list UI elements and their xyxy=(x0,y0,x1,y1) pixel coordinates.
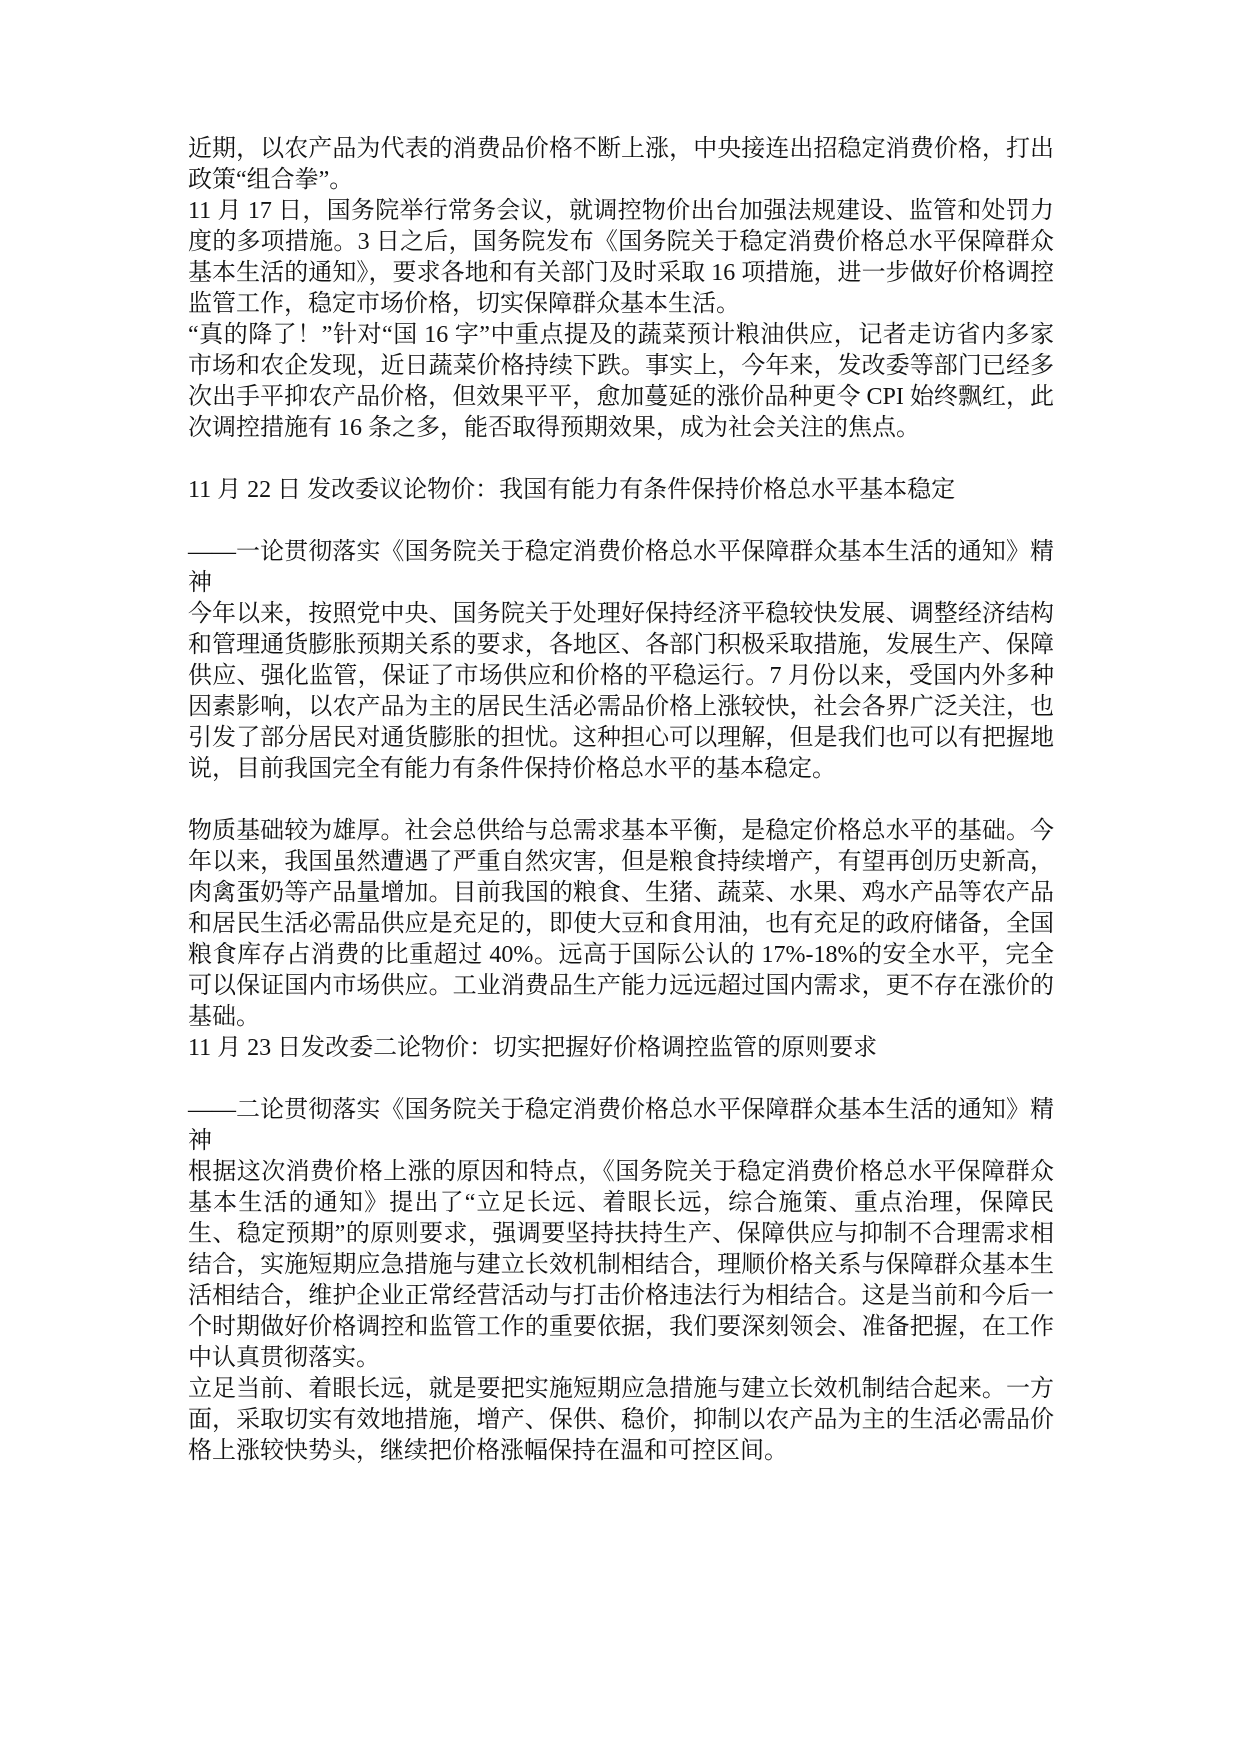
document-page: 近期，以农产品为代表的消费品价格不断上涨，中央接连出招稳定消费价格，打出政策“组… xyxy=(188,134,1054,1467)
subheading-first-commentary: ——一论贯彻落实《国务院关于稳定消费价格总水平保障群众基本生活的通知》精神 xyxy=(188,537,1054,599)
blank-line xyxy=(188,506,1054,537)
paragraph-principles: 根据这次消费价格上涨的原因和特点，《国务院关于稳定消费价格总水平保障群众基本生活… xyxy=(188,1157,1054,1374)
section-heading-nov-22: 11 月 22 日 发改委议论物价：我国有能力有条件保持价格总水平基本稳定 xyxy=(188,475,1054,506)
paragraph-price-stability: 今年以来，按照党中央、国务院关于处理好保持经济平稳较快发展、调整经济结构和管理通… xyxy=(188,599,1054,785)
blank-line xyxy=(188,444,1054,475)
paragraph-vegetable-prices: “真的降了！”针对“国 16 字”中重点提及的蔬菜预计粮油供应，记者走访省内多家… xyxy=(188,320,1054,444)
paragraph-material-basis: 物质基础较为雄厚。社会总供给与总需求基本平衡，是稳定价格总水平的基础。今年以来，… xyxy=(188,816,1054,1033)
paragraph-intro: 近期，以农产品为代表的消费品价格不断上涨，中央接连出招稳定消费价格，打出政策“组… xyxy=(188,134,1054,196)
blank-line xyxy=(188,785,1054,816)
section-heading-nov-23: 11 月 23 日发改委二论物价：切实把握好价格调控监管的原则要求 xyxy=(188,1033,1054,1064)
paragraph-state-council-meeting: 11 月 17 日，国务院举行常务会议，就调控物价出台加强法规建设、监管和处罚力… xyxy=(188,196,1054,320)
paragraph-short-long-term: 立足当前、着眼长远，就是要把实施短期应急措施与建立长效机制结合起来。一方面，采取… xyxy=(188,1374,1054,1467)
blank-line xyxy=(188,1064,1054,1095)
subheading-second-commentary: ——二论贯彻落实《国务院关于稳定消费价格总水平保障群众基本生活的通知》精神 xyxy=(188,1095,1054,1157)
